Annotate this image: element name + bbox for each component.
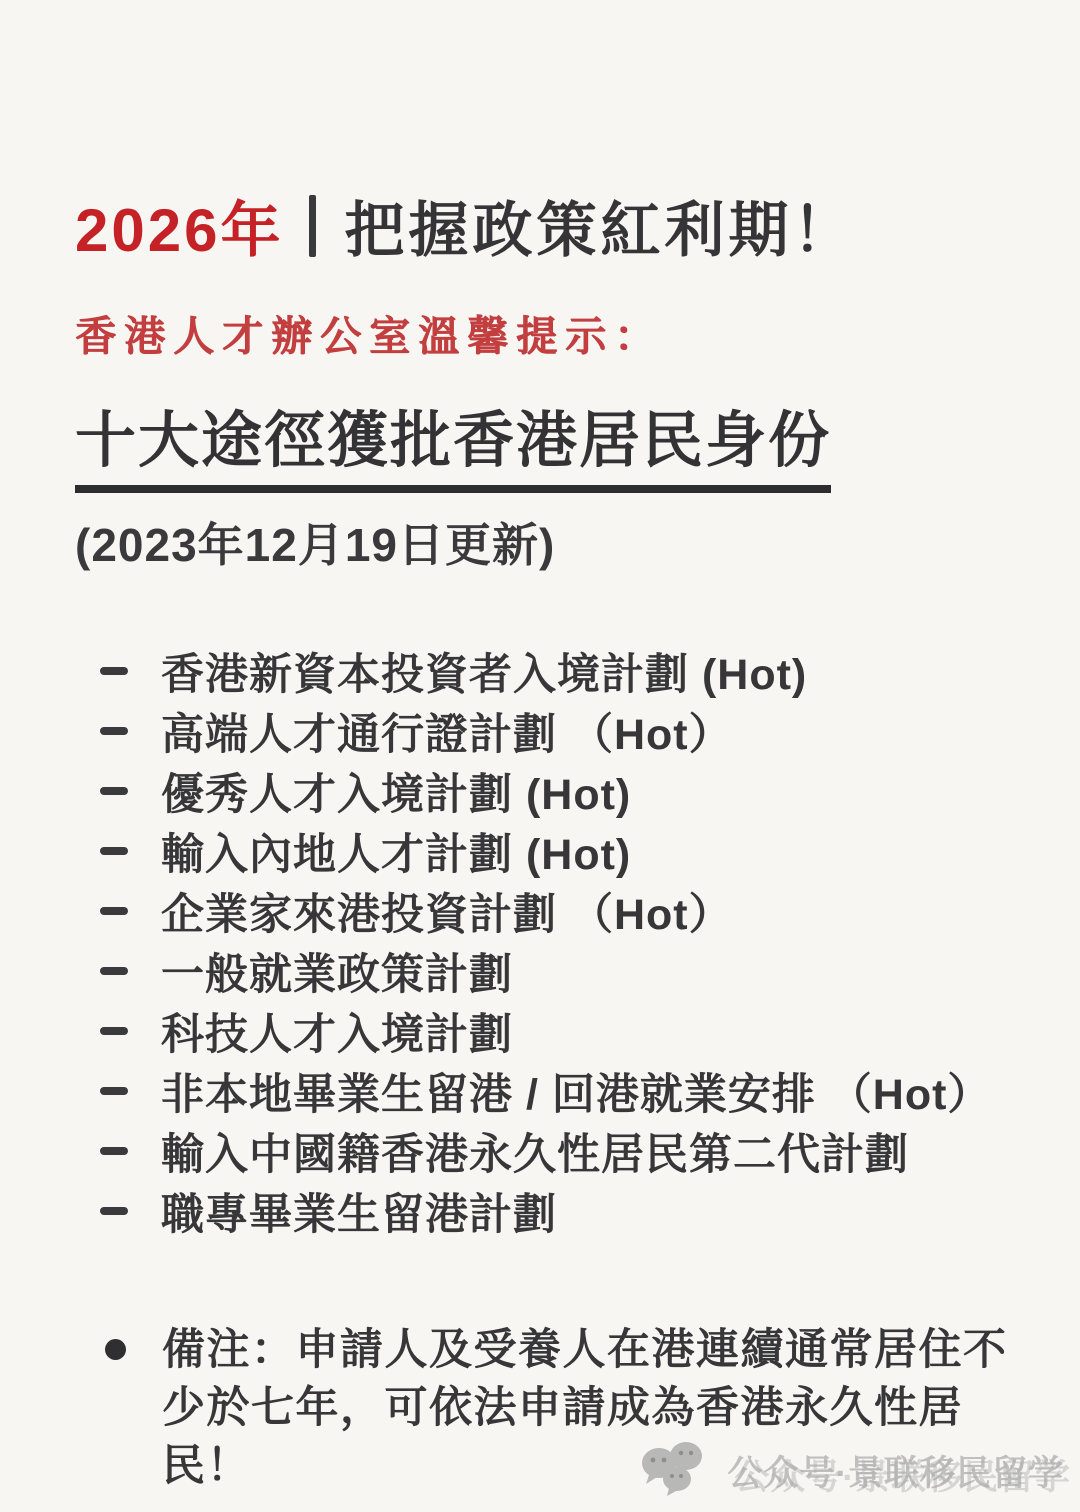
dash-bullet-icon — [100, 1087, 128, 1095]
handwritten-subtitle: 香港人才辦公室溫馨提示： — [75, 303, 1040, 362]
dash-bullet-icon — [100, 907, 128, 915]
dash-bullet-icon — [100, 667, 128, 675]
list-item-label: 非本地畢業生留港 / 回港就業安排 （Hot） — [161, 1061, 991, 1122]
poster-page: 2026年 把握政策紅利期！ 香港人才辦公室溫馨提示： 十大途徑獲批香港居民身份… — [0, 0, 1080, 1512]
pathway-list: 香港新資本投資者入境計劃 (Hot) 高端人才通行證計劃 （Hot） 優秀人才入… — [100, 641, 1040, 1241]
list-item-label: 科技人才入境計劃 — [161, 1001, 513, 1062]
list-item: 科技人才入境計劃 — [100, 1001, 1040, 1061]
list-item: 輸入中國籍香港永久性居民第二代計劃 — [100, 1121, 1040, 1181]
title-divider-bar — [309, 195, 316, 257]
watermark-text-wrap: 公众号·景联移民留学 公众号·景联移民留学 — [727, 1447, 1064, 1495]
list-item-label: 高端人才通行證計劃 （Hot） — [161, 701, 733, 762]
list-item: 職專畢業生留港計劃 — [100, 1181, 1040, 1241]
list-item-label: 優秀人才入境計劃 (Hot) — [161, 761, 631, 822]
list-item-label: 香港新資本投資者入境計劃 (Hot) — [161, 641, 807, 702]
title-year: 2026年 — [75, 183, 283, 269]
list-item: 非本地畢業生留港 / 回港就業安排 （Hot） — [100, 1061, 1040, 1121]
list-item: 一般就業政策計劃 — [100, 941, 1040, 1001]
page-title: 2026年 把握政策紅利期！ — [75, 183, 1040, 269]
dash-bullet-icon — [100, 1147, 128, 1155]
dash-bullet-icon — [100, 787, 128, 795]
list-item-label: 職專畢業生留港計劃 — [161, 1181, 557, 1242]
main-heading: 十大途徑獲批香港居民身份 — [75, 392, 831, 493]
list-item: 輸入內地人才計劃 (Hot) — [100, 821, 1040, 881]
dash-bullet-icon — [100, 727, 128, 735]
dash-bullet-icon — [100, 1027, 128, 1035]
update-date: (2023年12月19日更新) — [75, 509, 1040, 575]
list-item-label: 一般就業政策計劃 — [161, 941, 513, 1002]
dash-bullet-icon — [100, 1207, 128, 1215]
title-text: 把握政策紅利期！ — [344, 183, 856, 269]
list-item-label: 企業家來港投資計劃 （Hot） — [161, 881, 733, 942]
watermark: 公众号·景联移民留学 公众号·景联移民留学 — [639, 1439, 1064, 1502]
dash-bullet-icon — [100, 847, 128, 855]
watermark-text: 公众号·景联移民留学 — [727, 1446, 1064, 1496]
list-item-label: 輸入中國籍香港永久性居民第二代計劃 — [161, 1121, 909, 1182]
dash-bullet-icon — [100, 967, 128, 975]
circle-bullet-icon — [105, 1339, 126, 1360]
wechat-bubbles-icon — [639, 1439, 725, 1502]
list-item: 香港新資本投資者入境計劃 (Hot) — [100, 641, 1040, 701]
list-item: 高端人才通行證計劃 （Hot） — [100, 701, 1040, 761]
list-item: 企業家來港投資計劃 （Hot） — [100, 881, 1040, 941]
list-item-label: 輸入內地人才計劃 (Hot) — [161, 821, 631, 882]
list-item: 優秀人才入境計劃 (Hot) — [100, 761, 1040, 821]
